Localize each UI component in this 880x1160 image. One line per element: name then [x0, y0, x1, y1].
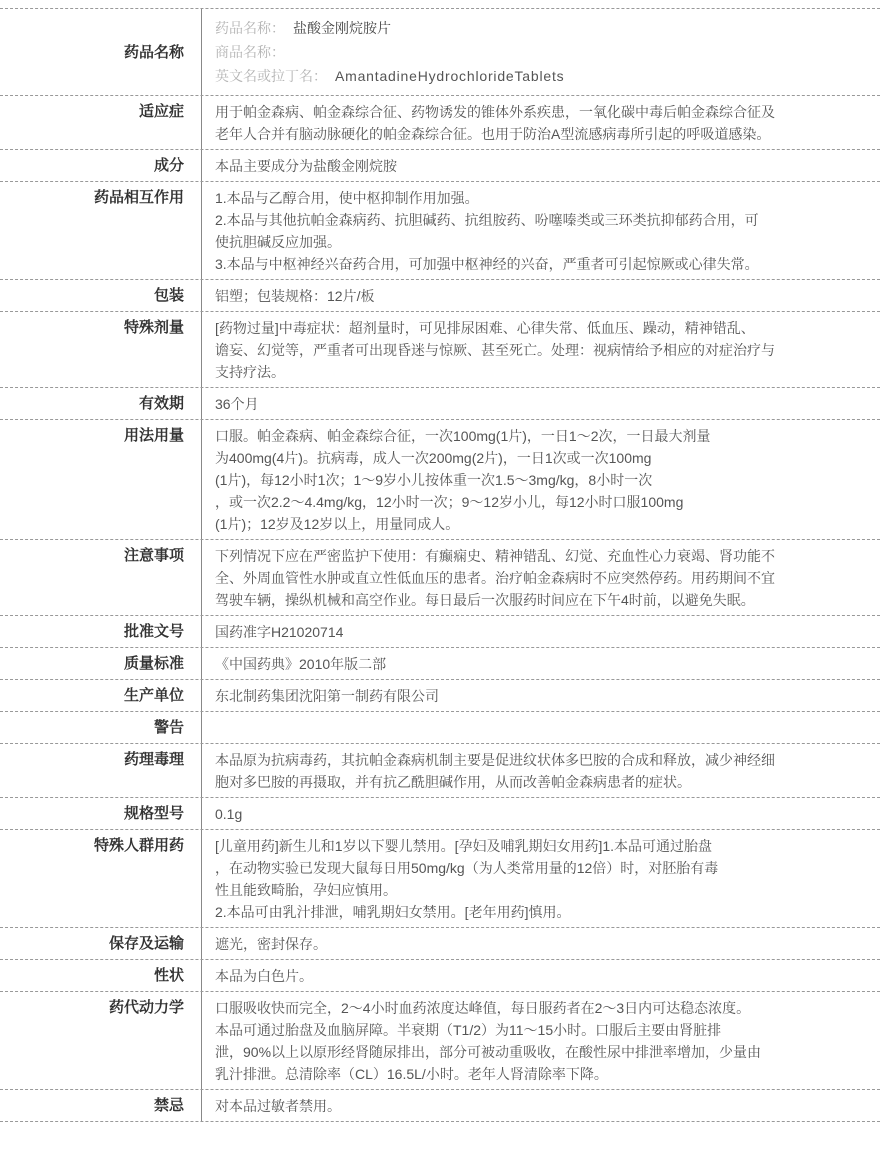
row-drug-name: 药品名称 药品名称：盐酸金刚烷胺片 商品名称： 英文名或拉丁名：Amantadi… [0, 9, 880, 96]
row-precautions: 注意事项 下列情况下应在严密监护下使用：有癫痫史、精神错乱、幻觉、充血性心力衰竭… [0, 540, 880, 616]
row-content: 1.本品与乙醇合用，使中枢抑制作用加强。 2.本品与其他抗帕金森病药、抗胆碱药、… [202, 182, 880, 279]
row-indications: 适应症 用于帕金森病、帕金森综合征、药物诱发的锥体外系疾患，一氧化碳中毒后帕金森… [0, 96, 880, 150]
drug-name-content: 药品名称：盐酸金刚烷胺片 商品名称： 英文名或拉丁名：AmantadineHyd… [202, 9, 880, 95]
row-label: 保存及运输 [0, 928, 202, 959]
row-content: 口服。帕金森病、帕金森综合征，一次100mg(1片)，一日1～2次，一日最大剂量… [202, 420, 880, 539]
row-label: 性状 [0, 960, 202, 991]
row-content: [药物过量]中毒症状：超剂量时，可见排尿困难、心律失常、低血压、躁动，精神错乱、… [202, 312, 880, 387]
latin-name-line: 英文名或拉丁名：AmantadineHydrochlorideTablets [215, 64, 852, 88]
row-special-dosage: 特殊剂量 [药物过量]中毒症状：超剂量时，可见排尿困难、心律失常、低血压、躁动，… [0, 312, 880, 388]
row-ingredients: 成分 本品主要成分为盐酸金刚烷胺 [0, 150, 880, 182]
row-label: 用法用量 [0, 420, 202, 539]
row-content: 下列情况下应在严密监护下使用：有癫痫史、精神错乱、幻觉、充血性心力衰竭、肾功能不… [202, 540, 880, 615]
row-content: 铝塑；包装规格：12片/板 [202, 280, 880, 311]
row-label: 批准文号 [0, 616, 202, 647]
row-usage-and-dosage: 用法用量 口服。帕金森病、帕金森综合征，一次100mg(1片)，一日1～2次，一… [0, 420, 880, 540]
row-content: 东北制药集团沈阳第一制药有限公司 [202, 680, 880, 711]
row-contraindications: 禁忌 对本品过敏者禁用。 [0, 1090, 880, 1122]
row-label: 药品相互作用 [0, 182, 202, 279]
row-label: 注意事项 [0, 540, 202, 615]
latin-name-value: AmantadineHydrochlorideTablets [335, 68, 564, 84]
row-specification: 规格型号 0.1g [0, 798, 880, 830]
row-label: 包装 [0, 280, 202, 311]
row-label: 特殊剂量 [0, 312, 202, 387]
row-content: 遮光，密封保存。 [202, 928, 880, 959]
row-content: 口服吸收快而完全，2～4小时血药浓度达峰值，每日服药者在2～3日内可达稳态浓度。… [202, 992, 880, 1089]
row-content: 本品为白色片。 [202, 960, 880, 991]
row-content: 对本品过敏者禁用。 [202, 1090, 880, 1121]
row-special-populations: 特殊人群用药 [儿童用药]新生儿和1岁以下婴儿禁用。[孕妇及哺乳期妇女用药]1.… [0, 830, 880, 928]
drug-information-page: 药品名称 药品名称：盐酸金刚烷胺片 商品名称： 英文名或拉丁名：Amantadi… [0, 0, 880, 1160]
row-pharmacokinetics: 药代动力学 口服吸收快而完全，2～4小时血药浓度达峰值，每日服药者在2～3日内可… [0, 992, 880, 1090]
row-packaging: 包装 铝塑；包装规格：12片/板 [0, 280, 880, 312]
row-content: 0.1g [202, 798, 880, 829]
row-label: 有效期 [0, 388, 202, 419]
row-content: 本品原为抗病毒药，其抗帕金森病机制主要是促进纹状体多巴胺的合成和释放，减少神经细… [202, 744, 880, 797]
row-storage-transport: 保存及运输 遮光，密封保存。 [0, 928, 880, 960]
row-manufacturer: 生产单位 东北制药集团沈阳第一制药有限公司 [0, 680, 880, 712]
row-content [202, 712, 880, 743]
row-content: 本品主要成分为盐酸金刚烷胺 [202, 150, 880, 181]
drug-information-table: 药品名称 药品名称：盐酸金刚烷胺片 商品名称： 英文名或拉丁名：Amantadi… [0, 8, 880, 1122]
row-label: 规格型号 [0, 798, 202, 829]
row-label: 生产单位 [0, 680, 202, 711]
row-label: 禁忌 [0, 1090, 202, 1121]
row-content: 用于帕金森病、帕金森综合征、药物诱发的锥体外系疾患，一氧化碳中毒后帕金森综合征及… [202, 96, 880, 149]
row-content: 国药准字H21020714 [202, 616, 880, 647]
row-label: 质量标准 [0, 648, 202, 679]
row-label: 警告 [0, 712, 202, 743]
row-pharmacology-toxicology: 药理毒理 本品原为抗病毒药，其抗帕金森病机制主要是促进纹状体多巴胺的合成和释放，… [0, 744, 880, 798]
row-warning: 警告 [0, 712, 880, 744]
row-properties: 性状 本品为白色片。 [0, 960, 880, 992]
row-quality-standard: 质量标准 《中国药典》2010年版二部 [0, 648, 880, 680]
row-content: [儿童用药]新生儿和1岁以下婴儿禁用。[孕妇及哺乳期妇女用药]1.本品可通过胎盘… [202, 830, 880, 927]
trade-name-label: 商品名称： [215, 44, 285, 60]
product-name-label: 药品名称： [215, 20, 285, 36]
row-drug-interactions: 药品相互作用 1.本品与乙醇合用，使中枢抑制作用加强。 2.本品与其他抗帕金森病… [0, 182, 880, 280]
product-name-line: 药品名称：盐酸金刚烷胺片 [215, 16, 852, 40]
row-content: 《中国药典》2010年版二部 [202, 648, 880, 679]
row-label: 药理毒理 [0, 744, 202, 797]
row-shelf-life: 有效期 36个月 [0, 388, 880, 420]
trade-name-line: 商品名称： [215, 40, 852, 64]
row-approval-number: 批准文号 国药准字H21020714 [0, 616, 880, 648]
row-label: 药品名称 [0, 9, 202, 95]
latin-name-label: 英文名或拉丁名： [215, 68, 327, 84]
row-label: 药代动力学 [0, 992, 202, 1089]
row-label: 成分 [0, 150, 202, 181]
row-content: 36个月 [202, 388, 880, 419]
product-name-value: 盐酸金刚烷胺片 [293, 20, 391, 36]
row-label: 适应症 [0, 96, 202, 149]
row-label: 特殊人群用药 [0, 830, 202, 927]
